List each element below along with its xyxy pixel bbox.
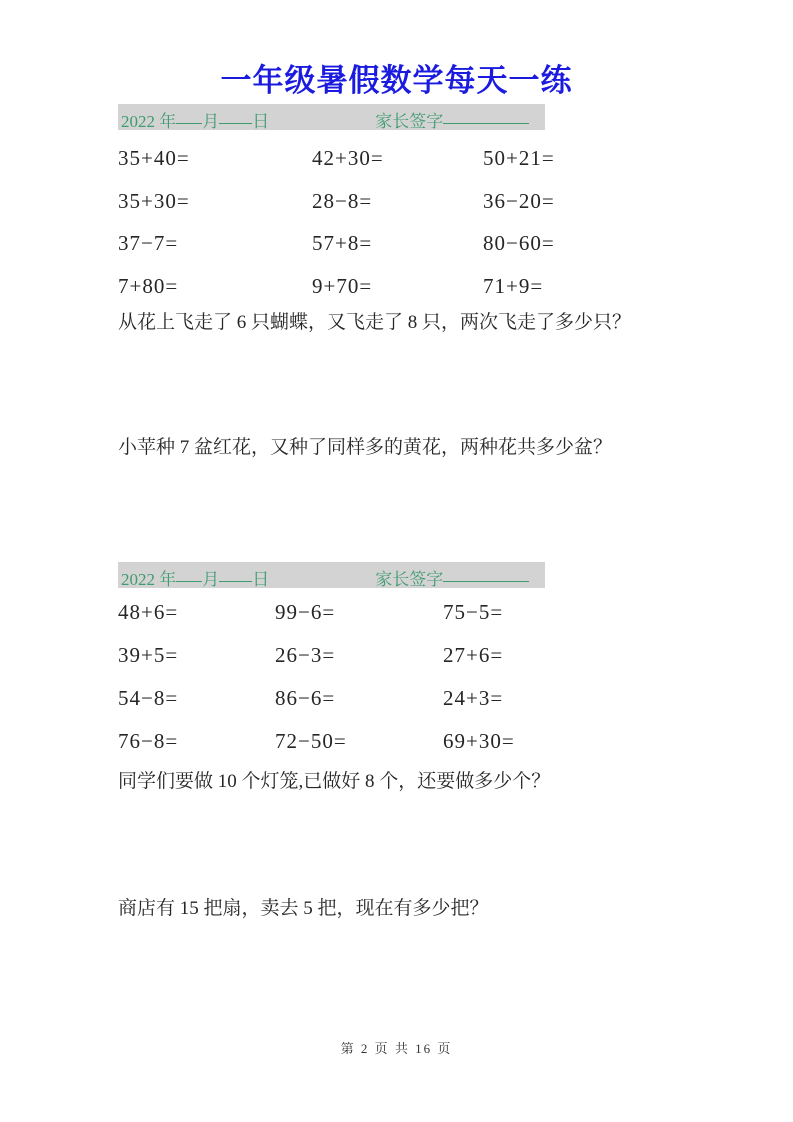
signature-blank-line <box>443 111 529 124</box>
equation-grid: 48+6= 99−6= 75−5= 39+5= 26−3= 27+6= 54−8… <box>118 601 678 773</box>
page-title: 一年级暑假数学每天一练 <box>0 55 793 100</box>
signature-blank-line <box>443 569 529 582</box>
equation: 39+5= <box>118 644 275 687</box>
day-blank-line <box>219 111 252 124</box>
equation: 75−5= <box>443 601 678 644</box>
day-blank-line <box>219 569 252 582</box>
equation: 57+8= <box>312 232 483 275</box>
word-problem: 同学们要做 10 个灯笼,已做好 8 个，还要做多少个？ <box>118 770 550 795</box>
equation: 54−8= <box>118 687 275 730</box>
equation: 26−3= <box>275 644 443 687</box>
word-problem: 商店有 15 把扇，卖去 5 把，现在有多少把？ <box>118 897 489 922</box>
worksheet-page: 一年级暑假数学每天一练 2022 年 月 日 家长签字 35+40= 42+30… <box>0 0 793 1122</box>
equation: 76−8= <box>118 730 275 773</box>
day-label: 日 <box>252 107 269 132</box>
equation: 80−60= <box>483 232 678 275</box>
equation: 35+30= <box>118 190 312 233</box>
word-problem: 从花上飞走了 6 只蝴蝶，又飞走了 8 只，两次飞走了多少只？ <box>118 311 631 336</box>
equation: 36−20= <box>483 190 678 233</box>
equation-grid: 35+40= 42+30= 50+21= 35+30= 28−8= 36−20=… <box>118 147 678 317</box>
day-label: 日 <box>252 565 269 590</box>
equation: 72−50= <box>275 730 443 773</box>
month-blank-line <box>176 569 202 582</box>
month-blank-line <box>176 111 202 124</box>
word-problem: 小苹种 7 盆红花，又种了同样多的黄花，两种花共多少盆？ <box>118 436 612 461</box>
parent-signature-label: 家长签字 <box>375 565 443 590</box>
date-signature-header: 2022 年 月 日 家长签字 <box>118 104 545 130</box>
equation: 42+30= <box>312 147 483 190</box>
equation: 35+40= <box>118 147 312 190</box>
equation: 28−8= <box>312 190 483 233</box>
equation: 37−7= <box>118 232 312 275</box>
equation: 69+30= <box>443 730 678 773</box>
parent-signature-label: 家长签字 <box>375 107 443 132</box>
equation: 24+3= <box>443 687 678 730</box>
equation: 27+6= <box>443 644 678 687</box>
month-label: 月 <box>202 107 219 132</box>
page-footer: 第 2 页 共 16 页 <box>0 1038 793 1057</box>
year-value: 2022 <box>121 112 159 132</box>
equation: 50+21= <box>483 147 678 190</box>
equation: 48+6= <box>118 601 275 644</box>
equation: 99−6= <box>275 601 443 644</box>
year-label: 年 <box>159 565 176 590</box>
year-value: 2022 <box>121 570 159 590</box>
month-label: 月 <box>202 565 219 590</box>
year-label: 年 <box>159 107 176 132</box>
date-signature-header: 2022 年 月 日 家长签字 <box>118 562 545 588</box>
equation: 86−6= <box>275 687 443 730</box>
